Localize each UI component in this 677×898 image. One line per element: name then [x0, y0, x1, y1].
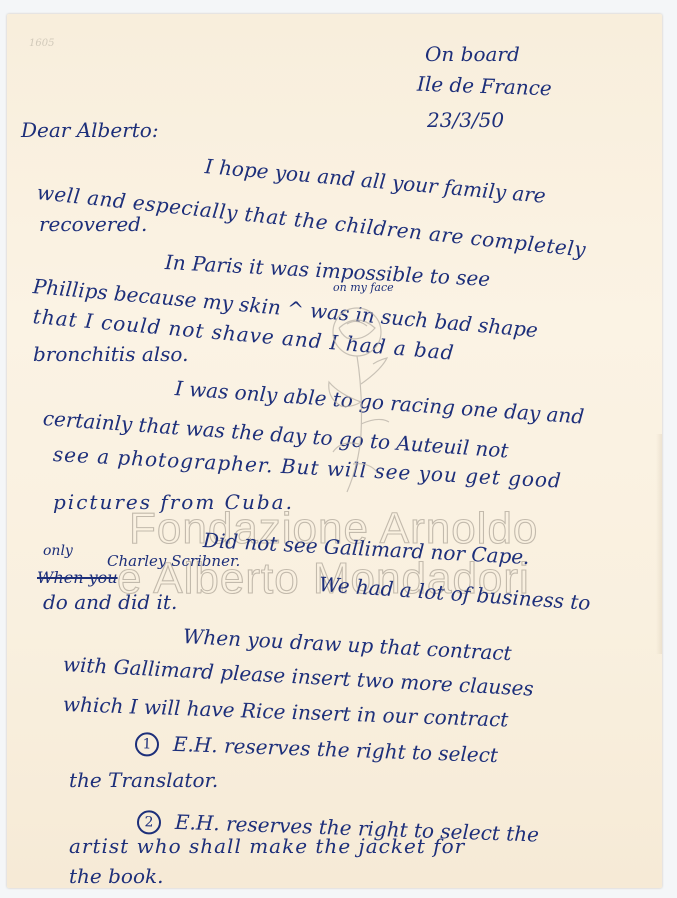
archive-pencil-mark: 1605	[29, 38, 54, 49]
p2-line1: In Paris it was impossible to see	[164, 252, 490, 289]
header-on-board: On board	[425, 44, 520, 64]
p4-insertion-prefix: only	[43, 544, 73, 558]
clause-1-number: 1	[135, 732, 160, 757]
p5-line3: which I will have Rice insert in our con…	[63, 694, 509, 730]
clause-1: 1E.H. reserves the right to select	[135, 732, 499, 769]
p4-insertion: Charley Scribner.	[107, 554, 240, 569]
p1-line1: I hope you and all your family are	[204, 156, 546, 206]
p4-line2: We had a lot of business to	[318, 574, 591, 613]
p5-line1: When you draw up that contract	[182, 626, 512, 663]
p2-line4: bronchitis also.	[33, 344, 188, 364]
p3-line4: pictures from Cuba.	[53, 492, 294, 512]
p1-line3: recovered.	[39, 214, 147, 234]
p2-insertion: on my face	[333, 282, 394, 293]
clause-2-line3: the book.	[69, 866, 163, 886]
header-date: 23/3/50	[427, 110, 504, 130]
p4-line3: do and did it.	[43, 592, 177, 612]
header-ship-name: Ile de France	[417, 74, 552, 99]
clause-1-line2: the Translator.	[69, 770, 218, 790]
p4-line1: Did not see Gallimard nor Cape.	[202, 530, 530, 567]
clause-1-line1: E.H. reserves the right to select	[173, 732, 499, 767]
salutation: Dear Alberto:	[21, 120, 159, 140]
clause-2-line2: artist who shall make the jacket for	[69, 836, 465, 856]
letter-page: 1605 On board Ile de France 23/3/50 Dear…	[7, 14, 662, 888]
p4-struck-text: When you	[37, 570, 118, 586]
clause-2-number: 2	[137, 810, 162, 835]
